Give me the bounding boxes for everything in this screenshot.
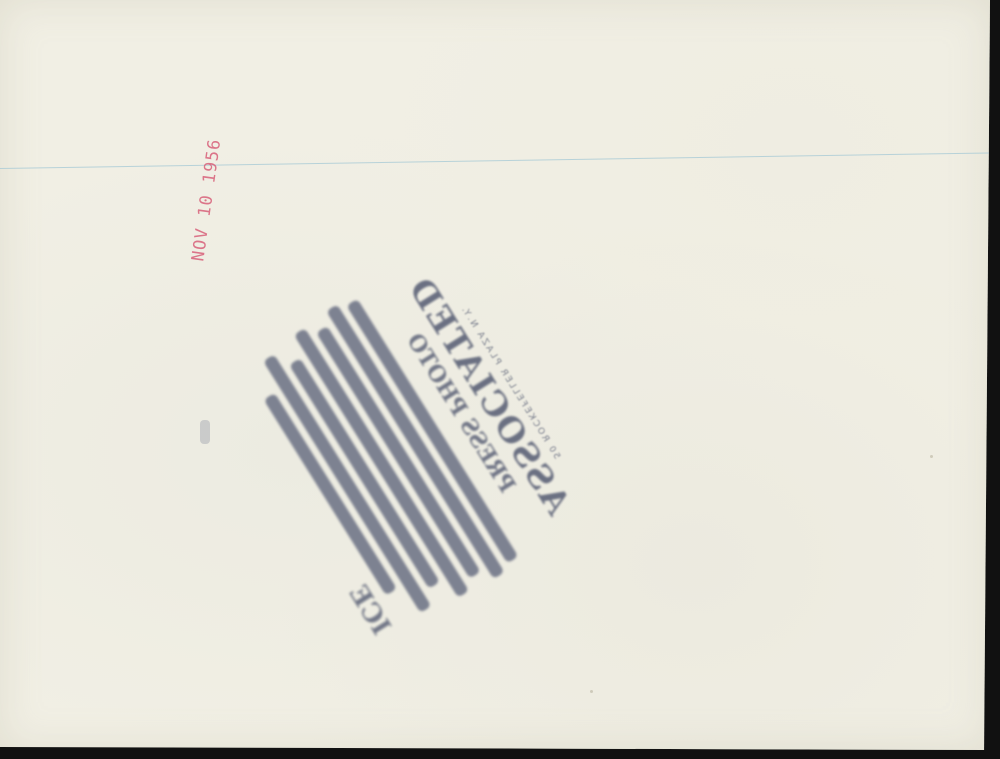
photo-back-paper: NOV 10 1956 50 ROCKEFELLER PLAZA N.Y. AS… (0, 0, 990, 750)
stamp-footer: ICE (206, 362, 406, 658)
stamp-title: ASSOCIATED (384, 245, 593, 546)
stamp-content: 50 ROCKEFELLER PLAZA N.Y. ASSOCIATED PRE… (138, 240, 601, 700)
stamp-illegible-body (238, 288, 526, 638)
press-agency-stamp: 50 ROCKEFELLER PLAZA N.Y. ASSOCIATED PRE… (175, 260, 555, 680)
ruled-line (0, 152, 1000, 169)
stamp-subtitle: PRESS PHOTO (362, 266, 559, 560)
date-stamp: NOV 10 1956 (188, 137, 225, 262)
stamp-address: 50 ROCKEFELLER PLAZA N.Y. (418, 240, 601, 525)
